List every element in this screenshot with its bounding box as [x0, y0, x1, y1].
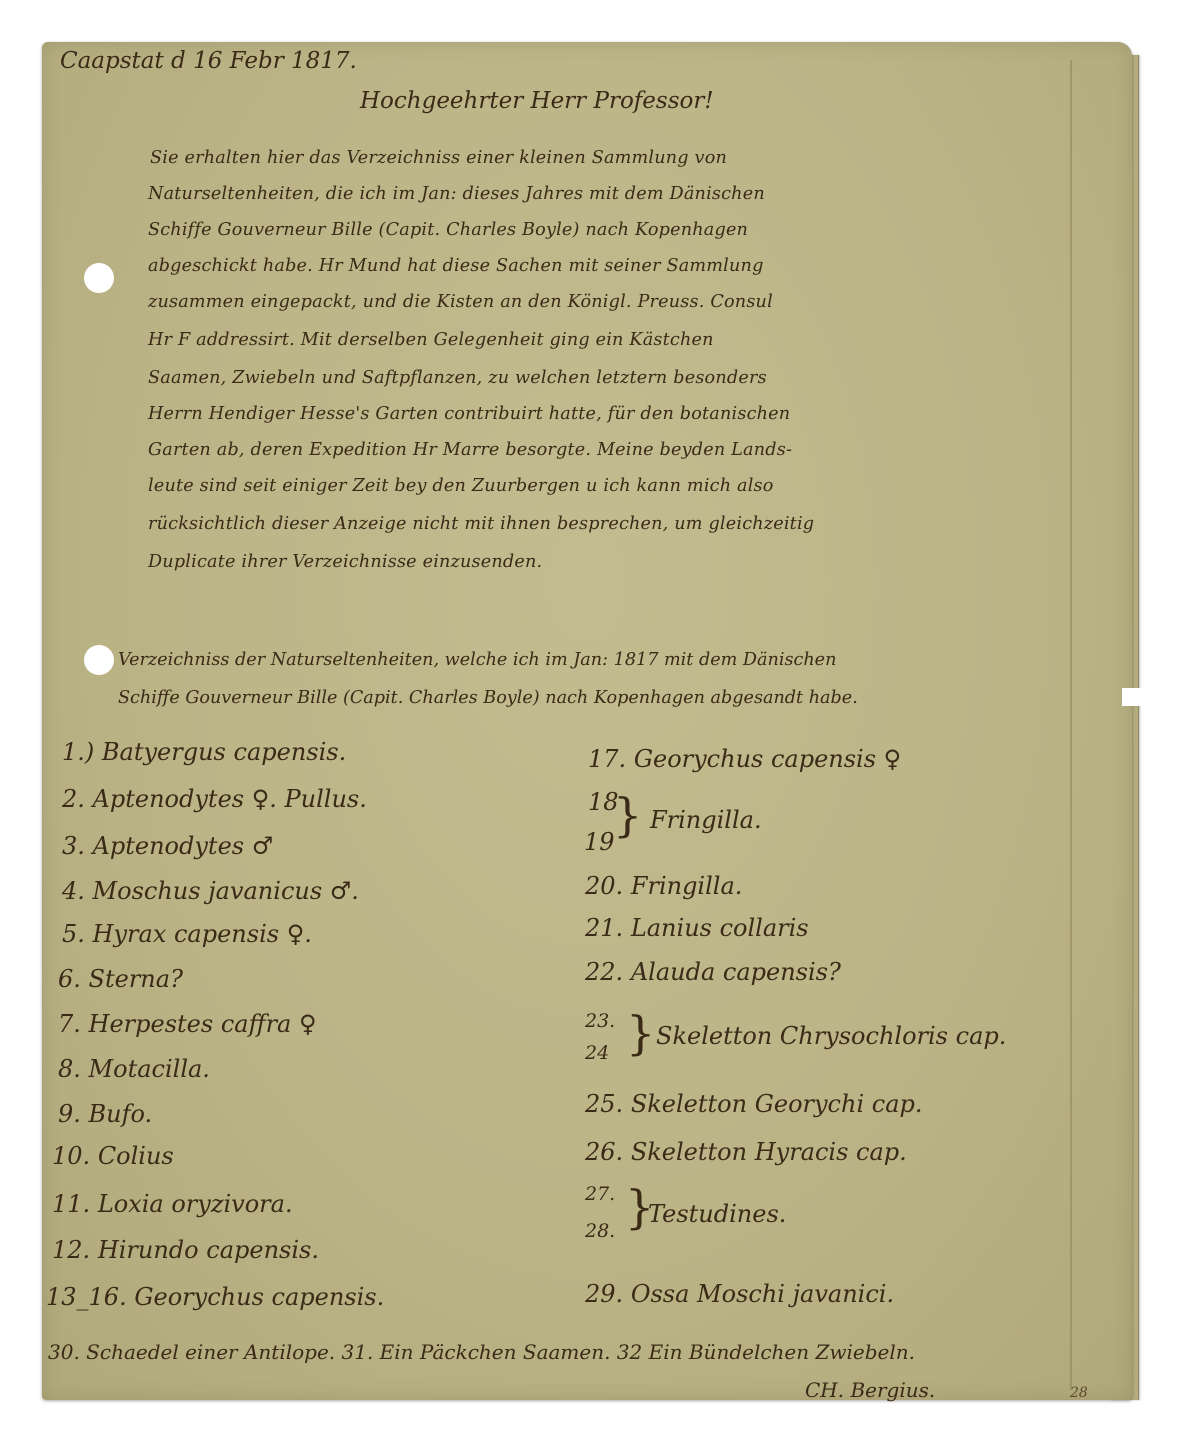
- item-text: Georychus capensis.: [134, 1283, 384, 1311]
- item-text: Skeletton Hyracis cap.: [631, 1138, 907, 1166]
- list-item: 20. Fringilla.: [585, 872, 742, 900]
- item-number: 11.: [52, 1190, 90, 1218]
- body-line: Naturseltenheiten, die ich im Jan: diese…: [148, 184, 765, 204]
- item-text: Skeletton Georychi cap.: [631, 1090, 923, 1118]
- body-line: zusammen eingepackt, und die Kisten an d…: [148, 292, 773, 312]
- list-title-line: Verzeichniss der Naturseltenheiten, welc…: [118, 650, 836, 670]
- item-text: Moschus javanicus ♂.: [93, 877, 359, 905]
- list-item: 11. Loxia oryzivora.: [52, 1190, 293, 1218]
- item-number: 4.: [62, 877, 85, 905]
- item-text: Fringilla.: [650, 806, 762, 834]
- item-text: Lanius collaris: [631, 914, 809, 942]
- body-line: Saamen, Zwiebeln und Saftpflanzen, zu we…: [148, 368, 767, 388]
- item-number: 17.: [588, 745, 626, 773]
- item-text: Aptenodytes ♀. Pullus.: [93, 785, 367, 813]
- punch-hole-top: [84, 263, 114, 293]
- body-line: Duplicate ihrer Verzeichnisse einzusende…: [148, 552, 542, 572]
- item-number: 29.: [585, 1280, 623, 1308]
- body-line: leute sind seit einiger Zeit bey den Zuu…: [148, 476, 774, 496]
- item-number: 21.: [585, 914, 623, 942]
- item-number: 10.: [52, 1142, 90, 1170]
- item-text: Batyergus capensis.: [102, 738, 346, 766]
- list-item: 29. Ossa Moschi javanici.: [585, 1280, 894, 1308]
- list-item: 22. Alauda capensis?: [585, 958, 841, 986]
- item-number: 12.: [52, 1236, 90, 1264]
- brace-glyph: }: [626, 1010, 655, 1056]
- item-text: Sterna?: [89, 965, 183, 993]
- item-text: Bufo.: [89, 1100, 153, 1128]
- item-text: Alauda capensis?: [631, 958, 841, 986]
- list-item: 13_16. Georychus capensis.: [46, 1283, 384, 1311]
- item-text: Testudines.: [648, 1200, 786, 1228]
- item-text: Loxia oryzivora.: [98, 1190, 293, 1218]
- item-number: 6.: [58, 965, 81, 993]
- item-number: 25.: [585, 1090, 623, 1118]
- item-text: Aptenodytes ♂: [93, 832, 274, 860]
- item-number: 7.: [58, 1010, 81, 1038]
- item-number: 5.: [62, 920, 85, 948]
- item-text: Hirundo capensis.: [98, 1236, 319, 1264]
- body-line: Herrn Hendiger Hesse's Garten contribuir…: [148, 404, 790, 424]
- item-text: Colius: [98, 1142, 174, 1170]
- item-number: 3.: [62, 832, 85, 860]
- folio-number: 28: [1070, 1385, 1088, 1401]
- item-text: Ossa Moschi javanici.: [631, 1280, 894, 1308]
- item-number: 13_16.: [46, 1283, 127, 1311]
- item-number: 19: [584, 828, 615, 856]
- list-item: 12. Hirundo capensis.: [52, 1236, 319, 1264]
- dateline: Caapstat d 16 Febr 1817.: [60, 48, 357, 74]
- body-line: Hr F addressirt. Mit derselben Gelegenhe…: [148, 330, 714, 350]
- list-item: 10. Colius: [52, 1142, 174, 1170]
- list-title-line: Schiffe Gouverneur Bille (Capit. Charles…: [118, 688, 858, 708]
- body-line: rücksichtlich dieser Anzeige nicht mit i…: [148, 514, 814, 534]
- body-line: Schiffe Gouverneur Bille (Capit. Charles…: [148, 220, 748, 240]
- list-item: 26. Skeletton Hyracis cap.: [585, 1138, 907, 1166]
- list-item: 6. Sterna?: [58, 965, 183, 993]
- list-item: 2. Aptenodytes ♀. Pullus.: [62, 785, 367, 813]
- item-number: 26.: [585, 1138, 623, 1166]
- item-number: 9.: [58, 1100, 81, 1128]
- item-number: 23.: [585, 1010, 615, 1032]
- punch-hole-bottom: [84, 645, 114, 675]
- list-item: 8. Motacilla.: [58, 1055, 210, 1083]
- body-line: Garten ab, deren Expedition Hr Marre bes…: [148, 440, 792, 460]
- list-item: 4. Moschus javanicus ♂.: [62, 877, 359, 905]
- list-item: 25. Skeletton Georychi cap.: [585, 1090, 923, 1118]
- item-number: 2.: [62, 785, 85, 813]
- list-item: 21. Lanius collaris: [585, 914, 809, 942]
- item-text: Skeletton Chrysochloris cap.: [656, 1022, 1006, 1050]
- item-text: Herpestes caffra ♀: [89, 1010, 317, 1038]
- list-item: 5. Hyrax capensis ♀.: [62, 920, 312, 948]
- body-line: abgeschickt habe. Hr Mund hat diese Sach…: [148, 256, 764, 276]
- item-number: 8.: [58, 1055, 81, 1083]
- list-item: 7. Herpestes caffra ♀: [58, 1010, 317, 1038]
- salutation: Hochgeehrter Herr Professor!: [360, 88, 714, 114]
- item-text: Georychus capensis ♀: [634, 745, 901, 773]
- item-number: 28.: [585, 1220, 615, 1242]
- footer-items-30-32: 30. Schaedel einer Antilope. 31. Ein Päc…: [48, 1340, 915, 1364]
- signature: CH. Bergius.: [805, 1378, 935, 1402]
- page-notch: [1122, 688, 1142, 706]
- list-item: 9. Bufo.: [58, 1100, 152, 1128]
- brace-glyph: }: [613, 792, 642, 838]
- item-number: 1.): [62, 738, 94, 766]
- item-number: 22.: [585, 958, 623, 986]
- list-item: 17. Georychus capensis ♀: [588, 745, 901, 773]
- item-text: Motacilla.: [89, 1055, 210, 1083]
- item-number: 27.: [585, 1183, 615, 1205]
- item-text: Fringilla.: [631, 872, 743, 900]
- item-number: 24: [585, 1042, 609, 1064]
- item-number: 20.: [585, 872, 623, 900]
- fold-line: [1070, 60, 1072, 1390]
- list-item: 3. Aptenodytes ♂: [62, 832, 273, 860]
- item-text: Hyrax capensis ♀.: [93, 920, 312, 948]
- list-item: 1.) Batyergus capensis.: [62, 738, 346, 766]
- body-line: Sie erhalten hier das Verzeichniss einer…: [150, 148, 727, 168]
